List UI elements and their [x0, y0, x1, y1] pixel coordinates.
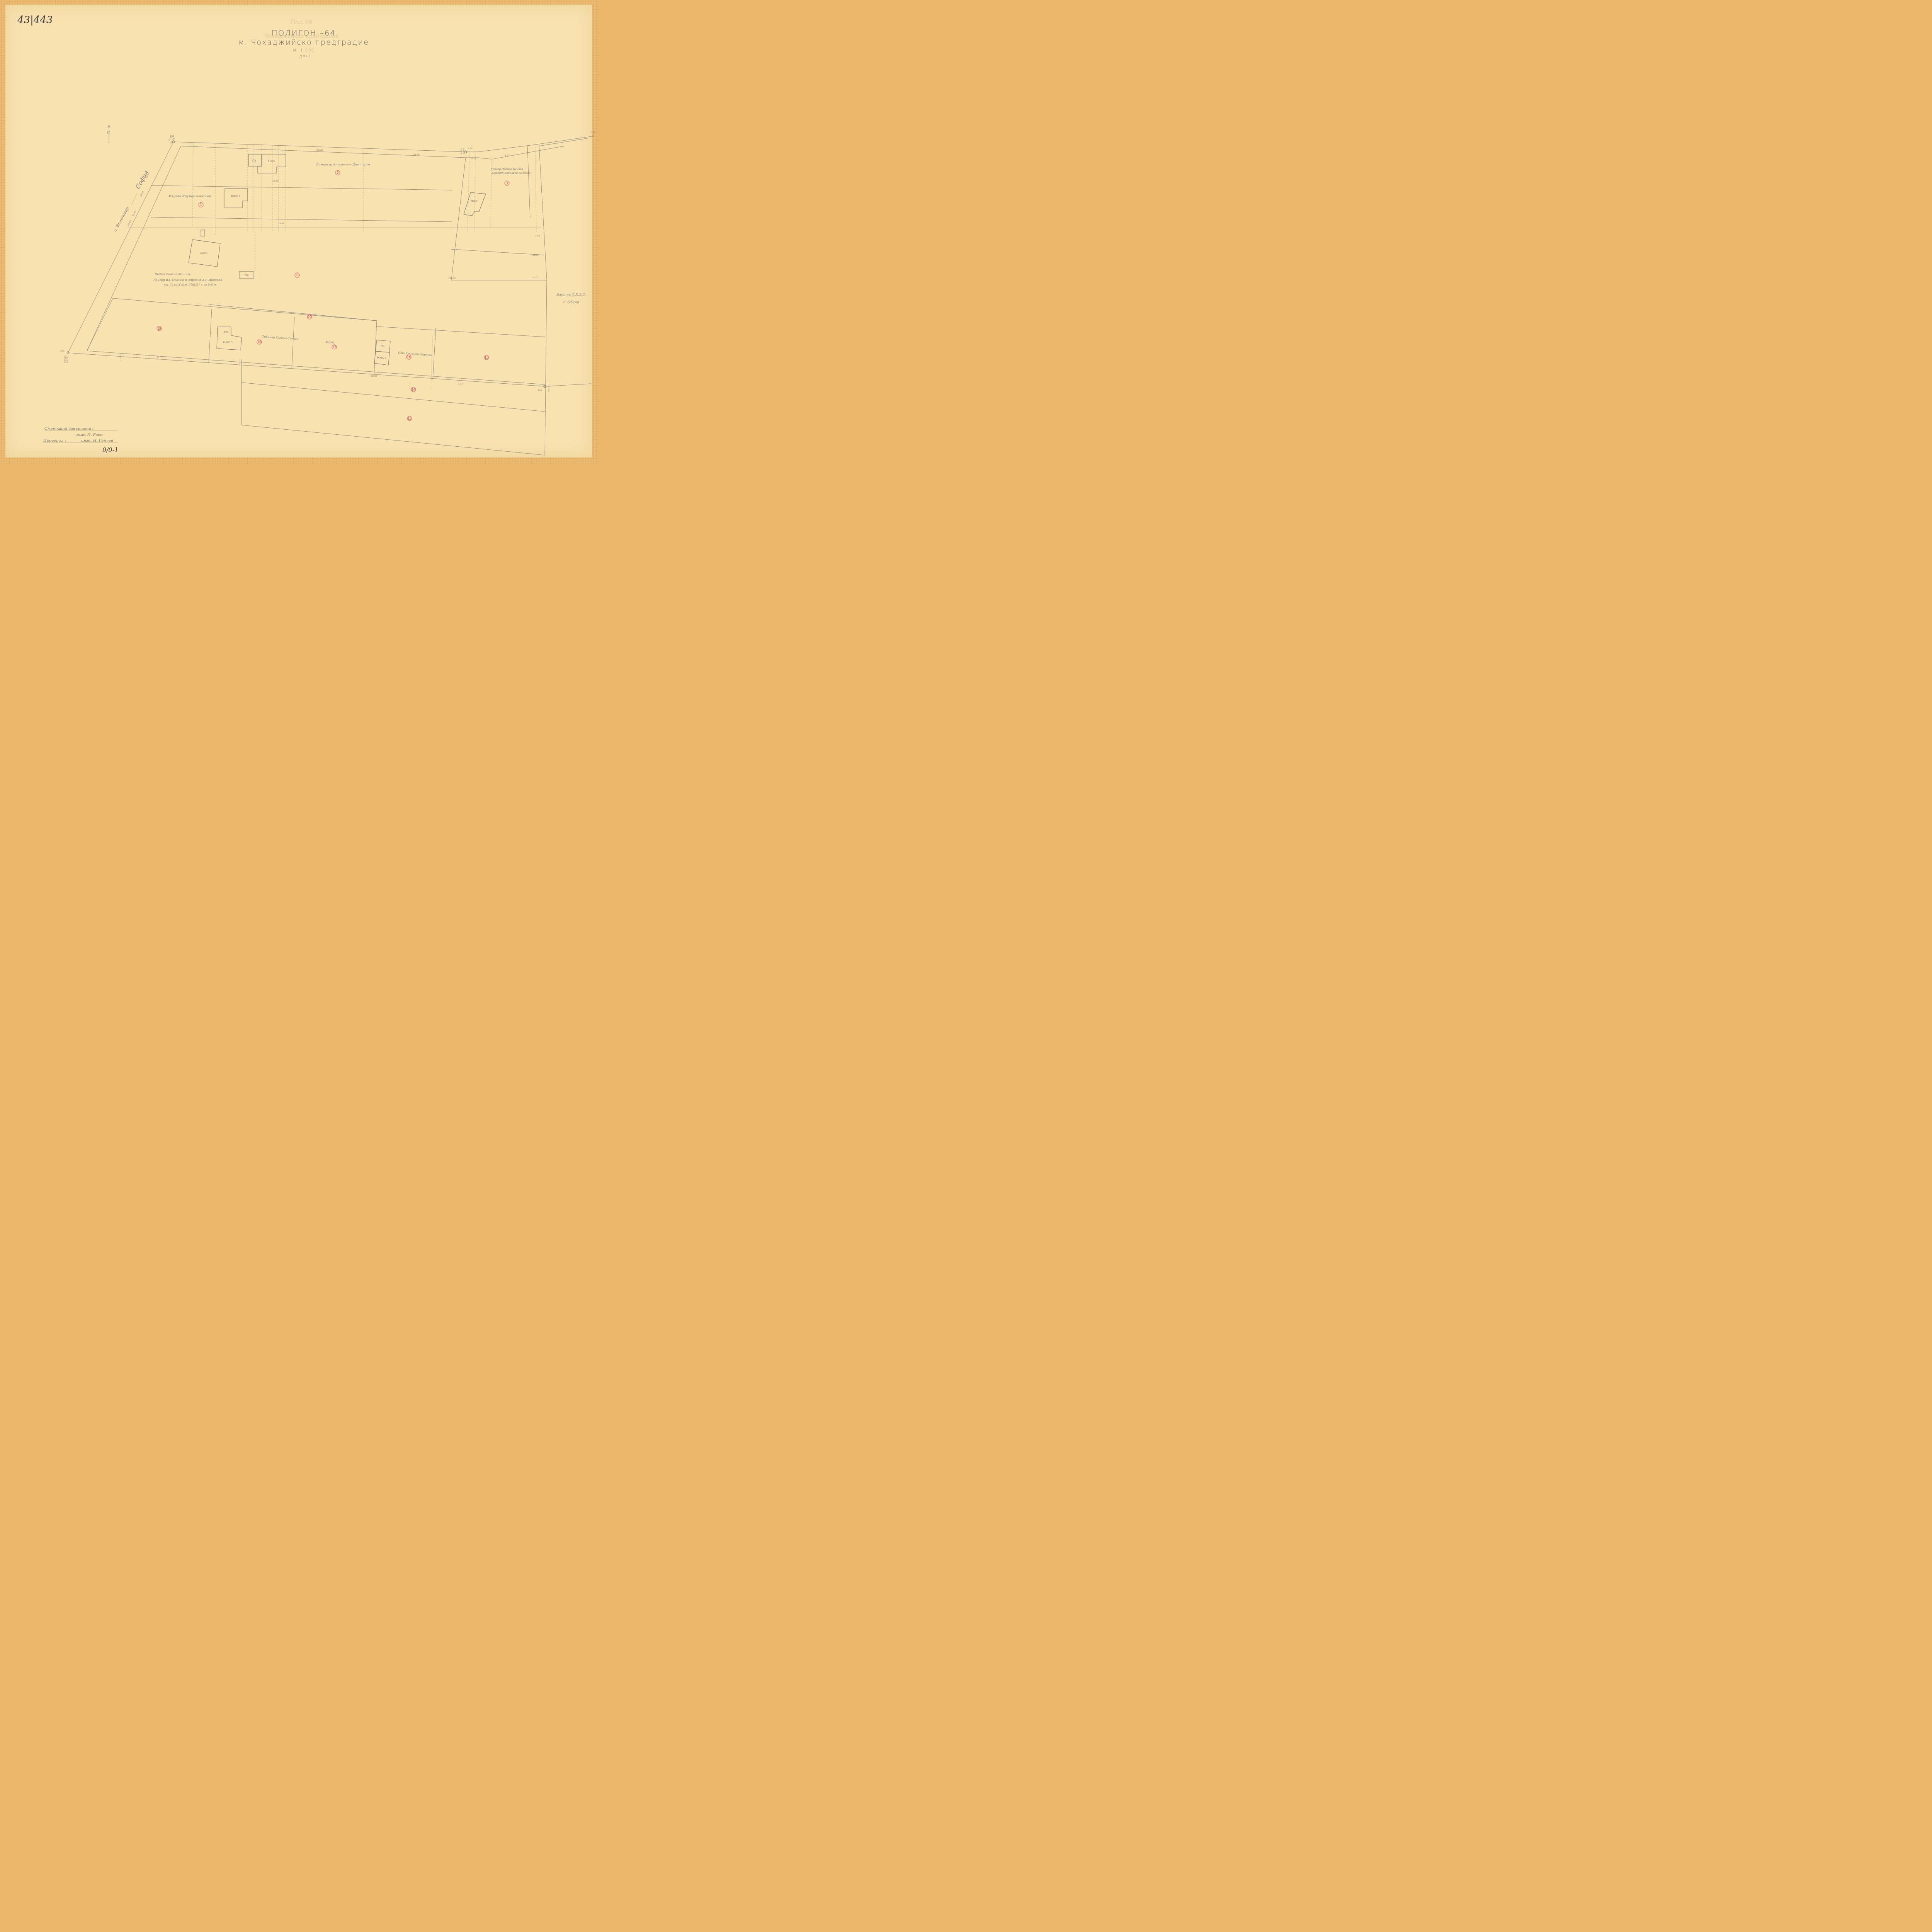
parcel-marker-2: 2 [335, 170, 340, 175]
svg-text:7.90: 7.90 [535, 235, 540, 237]
svg-text:2: 2 [337, 171, 338, 175]
owner-parcel-17: Борис [325, 340, 335, 344]
building-pzhs-1 [258, 154, 286, 173]
svg-text:26.33: 26.33 [371, 375, 377, 378]
parcel-marker-18: 18 [257, 340, 262, 344]
draft-title-line1: Пол. 64 [290, 19, 312, 26]
owner-parcel-3-line1: Григор Иванов Белчев [490, 168, 523, 171]
svg-text:МЖС 1: МЖС 1 [223, 341, 233, 344]
owner-parcel-11-line1: Видин Спасов Митов, [154, 272, 191, 276]
svg-text:4.17: 4.17 [452, 249, 457, 251]
neighbour-label-line2: с. Обеля [563, 300, 579, 304]
svg-text:18: 18 [257, 340, 261, 344]
dimension-annotations: 32.21 28.40 11.70 8.51 38.46 15.61 26.33… [127, 149, 540, 385]
svg-text:МЖС: МЖС [201, 252, 208, 255]
svg-text:51.58: 51.58 [132, 210, 137, 217]
svg-text:23.84: 23.84 [532, 254, 539, 257]
title-part: I част [296, 54, 311, 58]
svg-text:153.93: 153.93 [63, 355, 66, 363]
svg-text:ПБ: ПБ [252, 159, 256, 162]
svg-text:32.21: 32.21 [317, 149, 323, 151]
parcel-marker-11: 11 [295, 273, 299, 277]
svg-text:28.40: 28.40 [413, 154, 420, 156]
svg-text:ПЖС: ПЖС [471, 200, 478, 203]
svg-text:8.50: 8.50 [533, 277, 538, 279]
svg-text:2.13: 2.13 [458, 383, 463, 385]
svg-text:15.61: 15.61 [267, 364, 273, 366]
owner-parcel-1: Първан Крумов Алексиев [168, 194, 211, 198]
svg-text:14: 14 [412, 388, 415, 391]
svg-text:148.02: 148.02 [448, 277, 456, 280]
svg-text:3: 3 [506, 182, 508, 185]
svg-text:11: 11 [295, 274, 299, 277]
title-scale: М. 1:300 [293, 49, 314, 53]
checked-by: инж. Н. Генчев [81, 439, 113, 443]
direction-arrow-sofia-icon [131, 193, 137, 205]
svg-text:15: 15 [485, 356, 488, 359]
parcel-number-markers: 1 2 3 11 13 14 15 16 17 18 19 20 [157, 170, 509, 421]
svg-text:94.78: 94.78 [460, 148, 462, 154]
svg-text:14.04: 14.04 [278, 223, 284, 225]
svg-text:ПЖС: ПЖС [268, 160, 275, 163]
title-polygon: ПОЛИГОН –64 [272, 28, 336, 37]
parcel-marker-3: 3 [505, 181, 509, 185]
svg-text:140: 140 [591, 131, 595, 134]
sheet-code: 0/0-1 [102, 446, 118, 454]
svg-text:17: 17 [332, 345, 336, 349]
parcel-marker-1: 1 [199, 202, 203, 207]
svg-text:1: 1 [200, 203, 202, 207]
building-kl [201, 230, 205, 236]
svg-text:17.60: 17.60 [272, 180, 279, 182]
owner-parcel-2: Димитър Апостолов Димитров [316, 163, 370, 166]
svg-text:20: 20 [308, 315, 311, 319]
svg-text:139: 139 [468, 148, 473, 150]
building-mzhs-1 [225, 189, 248, 208]
parcel-marker-13: 13 [407, 416, 412, 421]
svg-text:149: 149 [60, 350, 65, 352]
svg-text:38.46: 38.46 [156, 356, 163, 358]
computed-by: инж. П. Раев [75, 433, 102, 437]
svg-text:8.51: 8.51 [471, 158, 476, 160]
owner-names: Първан Крумов Алексиев Димитър Апостолов… [153, 163, 531, 357]
road-label-sofia: София [134, 169, 150, 190]
svg-text:11.70: 11.70 [503, 155, 510, 157]
owner-parcel-18: Любомир Борисов Ганчев [261, 335, 299, 341]
svg-text:ПЛ.: ПЛ. [224, 331, 229, 334]
svg-text:162.92: 162.92 [547, 384, 549, 392]
north-arrow-icon: С [107, 125, 110, 143]
neighbour-label-line1: Блок на Т.К.З.С. [556, 293, 586, 297]
svg-text:МЖС 1: МЖС 1 [377, 356, 386, 359]
owner-parcel-11-line2: Григор Вл. Иванов и Здравка Ал. Иванова [153, 278, 223, 282]
computed-label: Сметката извършена : [44, 427, 94, 431]
svg-text:153.96: 153.96 [66, 355, 68, 363]
parcel-marker-14: 14 [411, 387, 416, 392]
parcel-marker-16: 16 [406, 355, 411, 359]
parcel-marker-15: 15 [484, 355, 489, 360]
owner-parcel-3-line2: Евдокия Василева Белчева [491, 172, 531, 175]
svg-text:С: С [107, 131, 110, 135]
title-locality: м. Чохаджийско предградие [238, 38, 369, 47]
buildings: ПБ ПЖС МЖС 1 МЖС ПБ ПЖС МЖС 1 ПЛ. ПБ МЖС… [189, 154, 486, 365]
svg-text:МЖС 1: МЖС 1 [231, 195, 240, 198]
svg-text:ПБ: ПБ [245, 274, 248, 277]
svg-text:16: 16 [407, 355, 411, 359]
owner-parcel-16: Пако Григоров Диреков [398, 351, 432, 357]
svg-text:148: 148 [538, 389, 542, 392]
parcel-marker-19: 19 [157, 326, 162, 331]
cadastral-plan: 43|443 Пол. 64 Чохаджийско предградие ПО… [0, 0, 597, 464]
parcel-marker-17: 17 [332, 345, 337, 349]
parcel-marker-20: 20 [307, 315, 312, 319]
svg-text:94.57: 94.57 [462, 148, 464, 154]
svg-text:58.63: 58.63 [139, 191, 145, 197]
svg-text:ПБ: ПБ [381, 345, 384, 348]
svg-text:13: 13 [408, 417, 412, 420]
building-mzhs-18 [217, 327, 241, 350]
parcel-boundaries [68, 136, 594, 455]
road-label-filipovtsi: с. Филиповци [113, 206, 130, 232]
svg-text:19: 19 [157, 327, 161, 330]
checked-label: Проверил : [43, 439, 66, 443]
signature-block: Сметката извършена : инж. П. Раев Провер… [43, 427, 118, 454]
archive-ref: 43|443 [17, 14, 53, 26]
owner-parcel-11-line3: н.а. 72 т. XVII д. 3161/57 г. за 400 м. [164, 283, 217, 286]
